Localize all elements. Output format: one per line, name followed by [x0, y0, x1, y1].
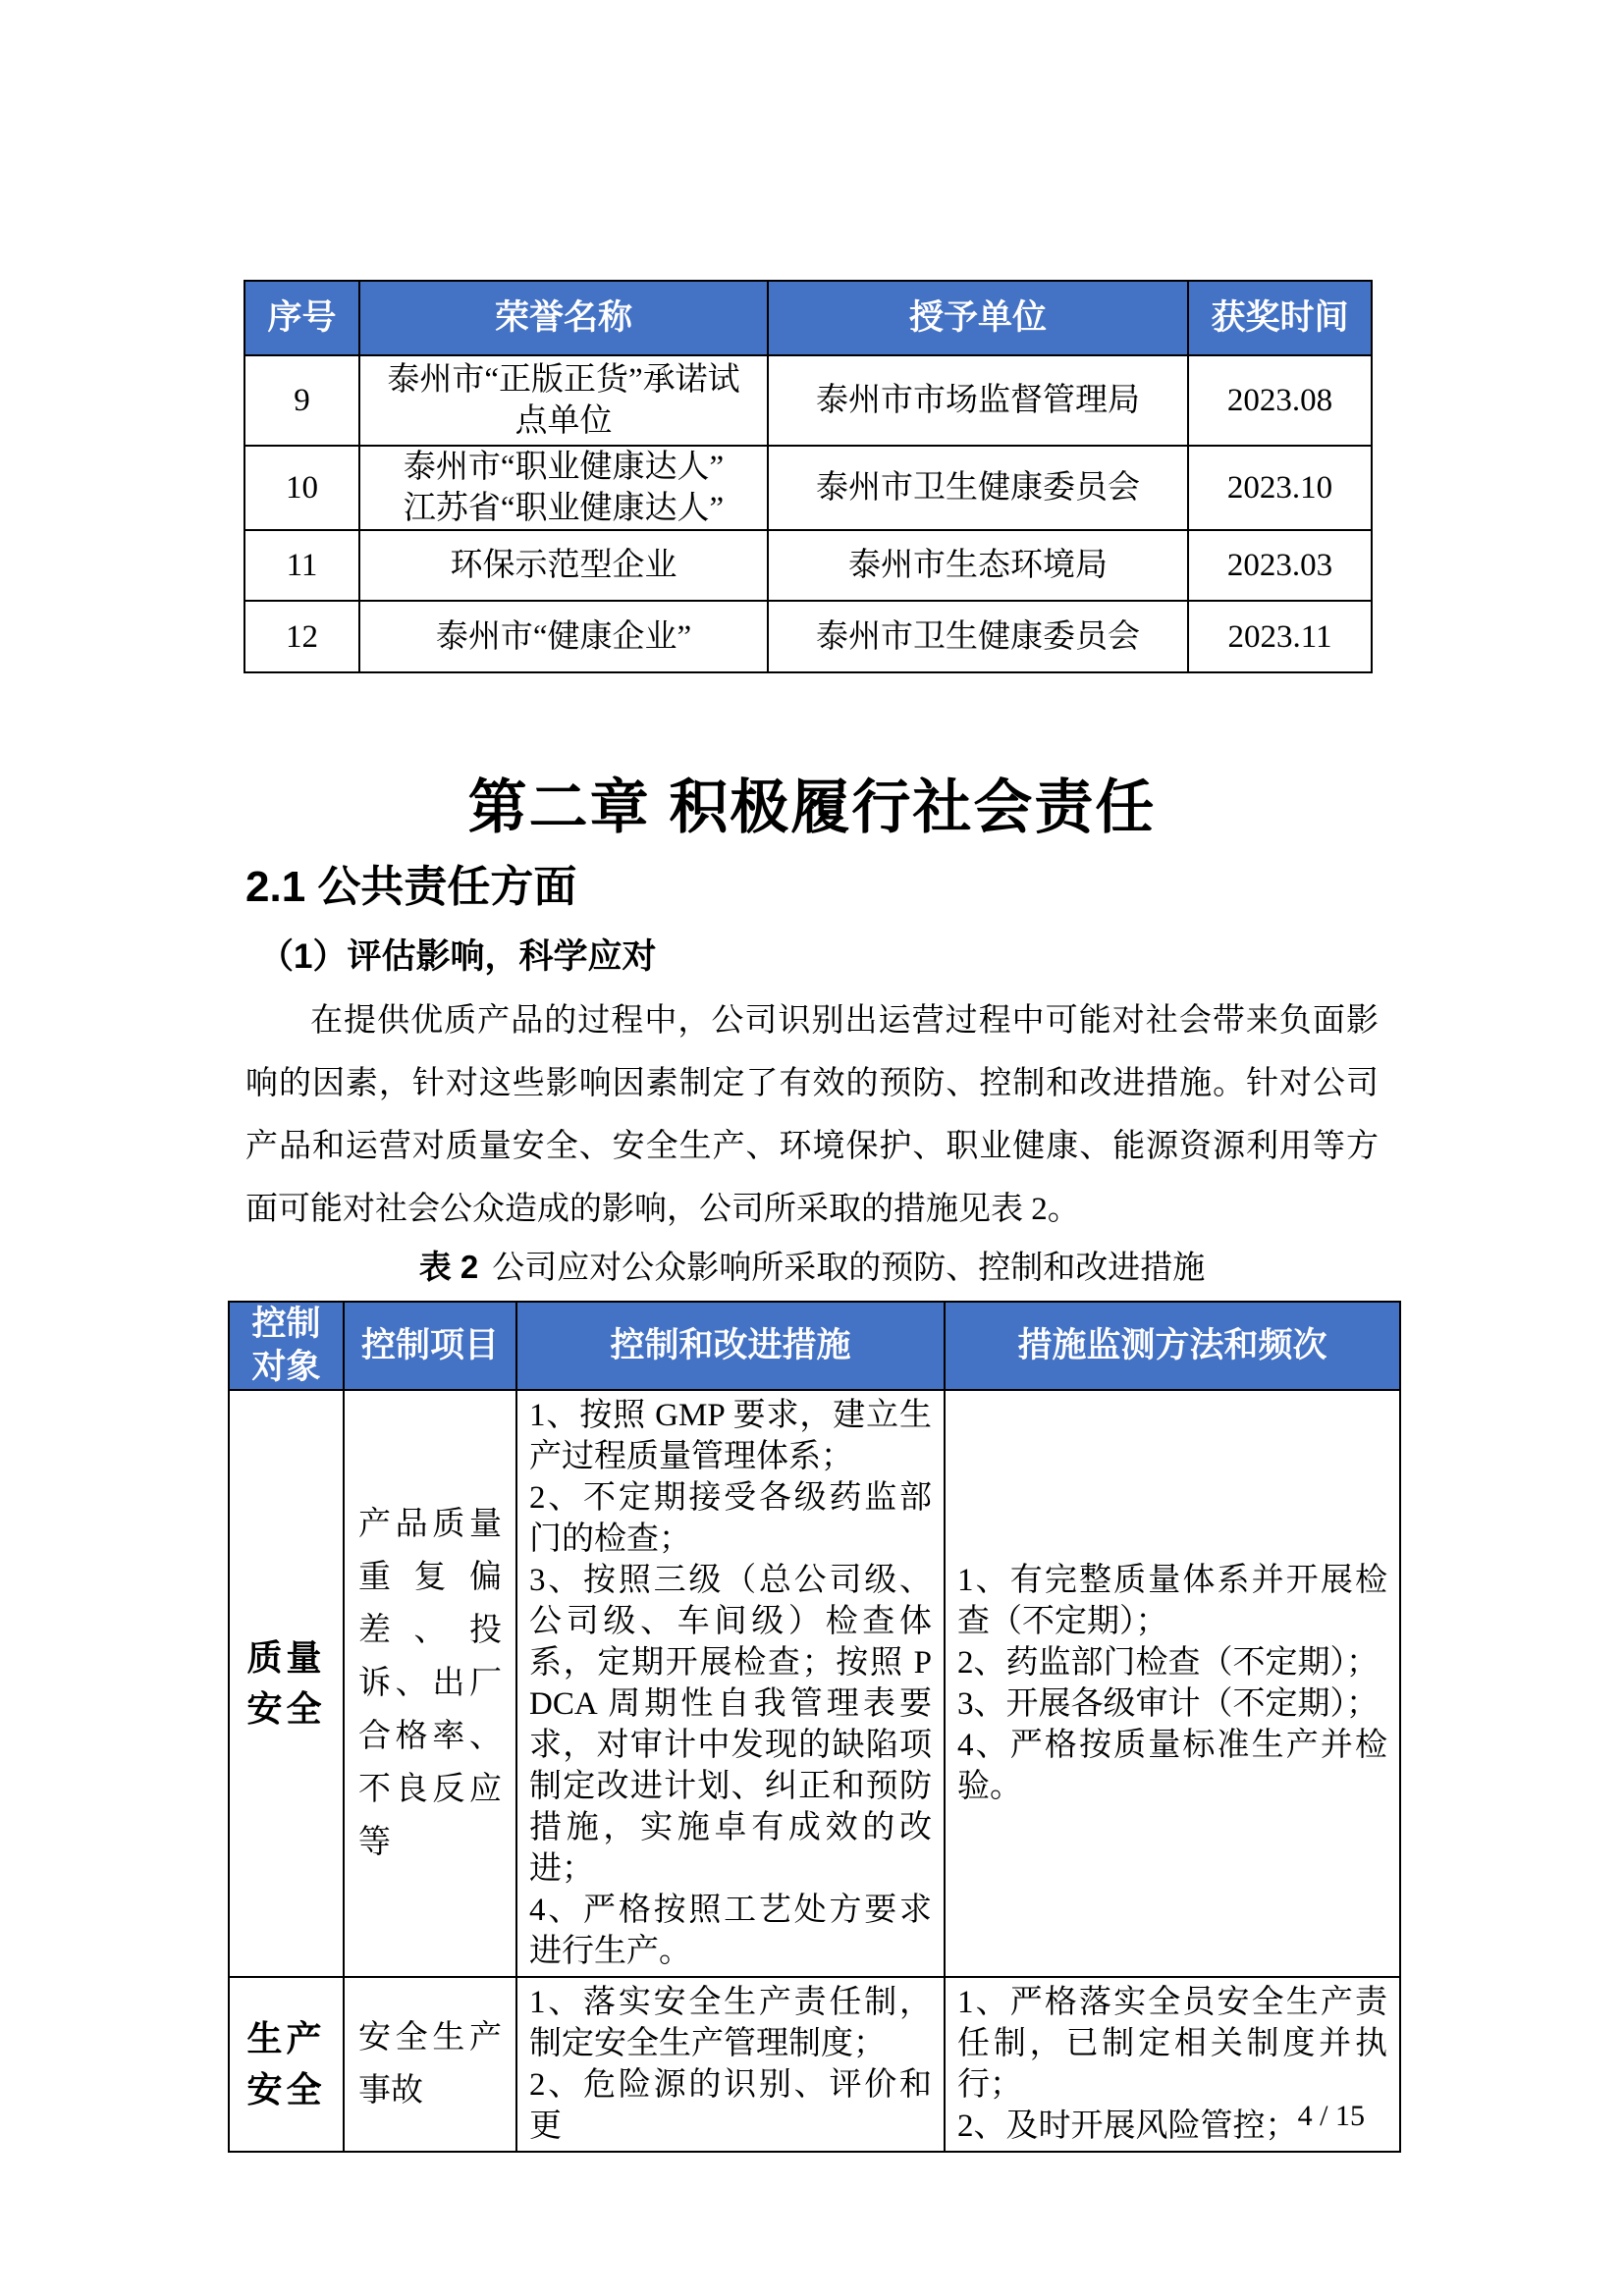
honor-org: 泰州市卫生健康委员会 — [768, 446, 1188, 530]
table-row: 生产 安全 安全生产事故 1、落实安全生产责任制，制定安全生产管理制度； 2、危… — [229, 1977, 1400, 2152]
honor-no: 11 — [244, 530, 359, 601]
honor-name: 泰州市“正版正货”承诺试 点单位 — [359, 355, 768, 446]
honor-date: 2023.03 — [1188, 530, 1372, 601]
honor-date: 2023.08 — [1188, 355, 1372, 446]
honors-header-date: 获奖时间 — [1188, 281, 1372, 355]
honor-name: 环保示范型企业 — [359, 530, 768, 601]
honor-org: 泰州市市场监督管理局 — [768, 355, 1188, 446]
honors-header-name: 荣誉名称 — [359, 281, 768, 355]
measures-table: 控制 对象 控制项目 控制和改进措施 措施监测方法和频次 质量 安全 产品质量重… — [228, 1301, 1401, 2153]
table-row: 质量 安全 产品质量重复偏差、投诉、出厂合格率、不良反应等 1、按照 GMP 要… — [229, 1390, 1400, 1977]
control-measures: 1、按照 GMP 要求，建立生产过程质量管理体系； 2、不定期接受各级药监部门的… — [516, 1390, 945, 1977]
control-item: 产品质量重复偏差、投诉、出厂合格率、不良反应等 — [344, 1390, 516, 1977]
honor-date: 2023.11 — [1188, 601, 1372, 672]
honor-org: 泰州市卫生健康委员会 — [768, 601, 1188, 672]
body-paragraph: 在提供优质产品的过程中，公司识别出运营过程中可能对社会带来负面影响的因素，针对这… — [245, 989, 1379, 1241]
table-row: 9 泰州市“正版正货”承诺试 点单位 泰州市市场监督管理局 2023.08 — [244, 355, 1372, 446]
document-page: 序号 荣誉名称 授予单位 获奖时间 9 泰州市“正版正货”承诺试 点单位 泰州市… — [0, 0, 1624, 2296]
honors-table: 序号 荣誉名称 授予单位 获奖时间 9 泰州市“正版正货”承诺试 点单位 泰州市… — [244, 280, 1373, 673]
honor-org: 泰州市生态环境局 — [768, 530, 1188, 601]
measures-header-monitor: 措施监测方法和频次 — [945, 1302, 1400, 1390]
subsection-title: （1）评估影响，科学应对 — [259, 934, 656, 980]
honor-no: 10 — [244, 446, 359, 530]
honors-header-row: 序号 荣誉名称 授予单位 获奖时间 — [244, 281, 1372, 355]
honor-no: 9 — [244, 355, 359, 446]
honors-header-no: 序号 — [244, 281, 359, 355]
section-title: 2.1 公共责任方面 — [245, 860, 576, 915]
honor-date: 2023.10 — [1188, 446, 1372, 530]
control-target: 生产 安全 — [229, 1977, 344, 2152]
table-row: 11 环保示范型企业 泰州市生态环境局 2023.03 — [244, 530, 1372, 601]
measures-header-item: 控制项目 — [344, 1302, 516, 1390]
measures-header-row: 控制 对象 控制项目 控制和改进措施 措施监测方法和频次 — [229, 1302, 1400, 1390]
honor-name: 泰州市“健康企业” — [359, 601, 768, 672]
control-item: 安全生产事故 — [344, 1977, 516, 2152]
honor-name: 泰州市“职业健康达人” 江苏省“职业健康达人” — [359, 446, 768, 530]
measures-header-target: 控制 对象 — [229, 1302, 344, 1390]
chapter-title: 第二章 积极履行社会责任 — [0, 774, 1624, 842]
control-target: 质量 安全 — [229, 1390, 344, 1977]
honors-header-org: 授予单位 — [768, 281, 1188, 355]
table2-caption-text: 公司应对公众影响所采取的预防、控制和改进措施 — [492, 1251, 1205, 1286]
honor-no: 12 — [244, 601, 359, 672]
table2-caption: 表 2公司应对公众影响所采取的预防、控制和改进措施 — [0, 1247, 1624, 1289]
measures-header-measures: 控制和改进措施 — [516, 1302, 945, 1390]
table-row: 12 泰州市“健康企业” 泰州市卫生健康委员会 2023.11 — [244, 601, 1372, 672]
table2-caption-label: 表 2 — [419, 1249, 479, 1285]
control-monitor: 1、有完整质量体系并开展检查（不定期）； 2、药监部门检查（不定期）； 3、开展… — [945, 1390, 1400, 1977]
control-measures: 1、落实安全生产责任制，制定安全生产管理制度； 2、危险源的识别、评价和更 — [516, 1977, 945, 2152]
page-number: 4 / 15 — [1298, 2099, 1365, 2134]
table-row: 10 泰州市“职业健康达人” 江苏省“职业健康达人” 泰州市卫生健康委员会 20… — [244, 446, 1372, 530]
